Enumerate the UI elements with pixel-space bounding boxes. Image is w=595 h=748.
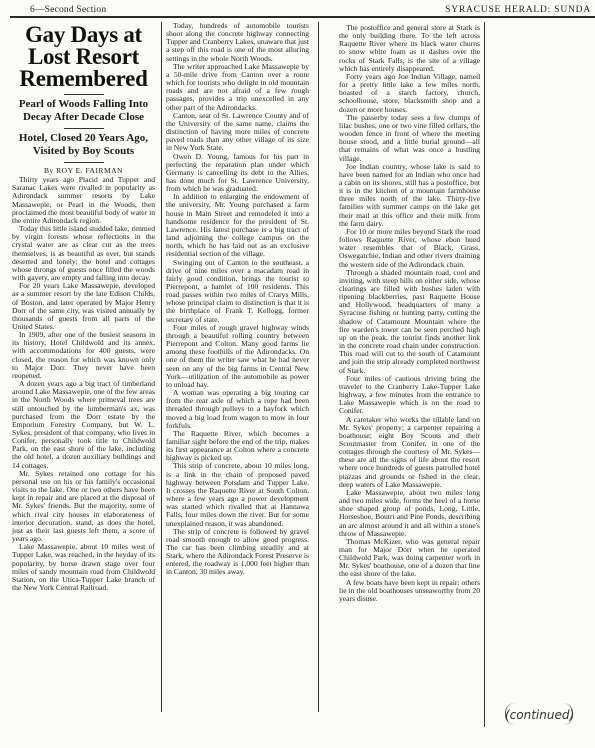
divider xyxy=(64,94,104,95)
subheadline: Pearl of Woods Falling Into Decay After … xyxy=(12,98,155,124)
byline: By ROY E. FAIRMAN xyxy=(12,167,155,175)
article-paragraph: Mr. Sykes retained one cottage for his p… xyxy=(12,470,155,543)
headline-line: Lost Resort xyxy=(12,46,155,68)
article-paragraph: Owen D. Young, famous for his part in pe… xyxy=(166,153,309,194)
article-paragraph: The strip of concrete is followed by gra… xyxy=(166,528,309,577)
newspaper-name: SYRACUSE HERALD: SUNDA xyxy=(445,5,591,15)
article-paragraph: Joe Indian country, whose lake is said t… xyxy=(339,163,480,228)
article-paragraph: For 20 years Lake Massawepie, developed … xyxy=(12,282,155,331)
column-divider xyxy=(161,22,162,712)
article-paragraph: A caretaker who works the tillable land … xyxy=(339,416,480,489)
article-paragraph: For 10 or more miles beyond Stark the ro… xyxy=(339,228,480,269)
handwritten-continued-note: (continued) xyxy=(505,708,574,722)
article-paragraph: In addition to enlarging the endowment o… xyxy=(166,193,309,258)
article-paragraph: Thirty years ago Placid and Tupper and S… xyxy=(12,176,155,225)
article-paragraph: In 1909, after one of the busiest season… xyxy=(12,331,155,380)
article-paragraph: Through a shaded mountain road, cool and… xyxy=(339,269,480,375)
article-body: Today, hundreds of automobile tourists s… xyxy=(166,22,309,577)
article-paragraph: The passerby today sees a few clumps of … xyxy=(339,114,480,163)
article-paragraph: Thomas McKizer, who was general repair m… xyxy=(339,538,480,579)
article-paragraph: Swinging out of Canton to the southeast,… xyxy=(166,259,309,324)
masthead: 6—Second Section SYRACUSE HERALD: SUNDA xyxy=(0,0,595,16)
article-paragraph: Four miles of rough gravel highway winds… xyxy=(166,324,309,389)
article-paragraph: Today, hundreds of automobile tourists s… xyxy=(166,22,309,63)
article-paragraph: Lake Massawepie, about 10 miles west of … xyxy=(12,543,155,592)
masthead-rule xyxy=(10,16,595,18)
divider xyxy=(64,128,104,129)
article-body: The postoffice and general store at Star… xyxy=(339,24,480,603)
article-paragraph: Forty years ago Joe Indian Village, name… xyxy=(339,73,480,114)
subheadline-2: Hotel, Closed 20 Years Ago, Visited by B… xyxy=(12,132,155,158)
article-paragraph: The writer approached Lake Massawepie by… xyxy=(166,63,309,112)
column-divider xyxy=(484,22,485,727)
divider xyxy=(64,162,104,163)
headline: Gay Days at Lost Resort Remembered xyxy=(12,24,155,90)
column-divider xyxy=(318,22,319,712)
article-paragraph: A few boats have been kept in repair; ot… xyxy=(339,579,480,603)
article-paragraph: Lake Massawepie, about two miles long an… xyxy=(339,489,480,538)
article-paragraph: Four miles of cautious driving bring the… xyxy=(339,375,480,416)
article-column-3: The postoffice and general store at Star… xyxy=(339,24,480,603)
article-paragraph: Canton, seat of St. Lawrence County and … xyxy=(166,112,309,153)
article-paragraph: A dozen years ago a big tract of timberl… xyxy=(12,380,155,470)
headline-line: Remembered xyxy=(12,68,155,90)
page-section-label: 6—Second Section xyxy=(30,5,106,15)
headline-line: Gay Days at xyxy=(12,24,155,46)
article-paragraph: A woman was operating a big touring car … xyxy=(166,389,309,430)
article-column-1: Gay Days at Lost Resort Remembered Pearl… xyxy=(12,22,155,592)
article-paragraph: Today this little island studded lake, r… xyxy=(12,225,155,282)
article-body: Thirty years ago Placid and Tupper and S… xyxy=(12,176,155,592)
article-paragraph: The postoffice and general store at Star… xyxy=(339,24,480,73)
article-column-2: Today, hundreds of automobile tourists s… xyxy=(166,22,309,577)
article-paragraph: The Raquette River, which becomes a fami… xyxy=(166,430,309,463)
article-paragraph: This strip of concrete, about 10 miles l… xyxy=(166,462,309,527)
